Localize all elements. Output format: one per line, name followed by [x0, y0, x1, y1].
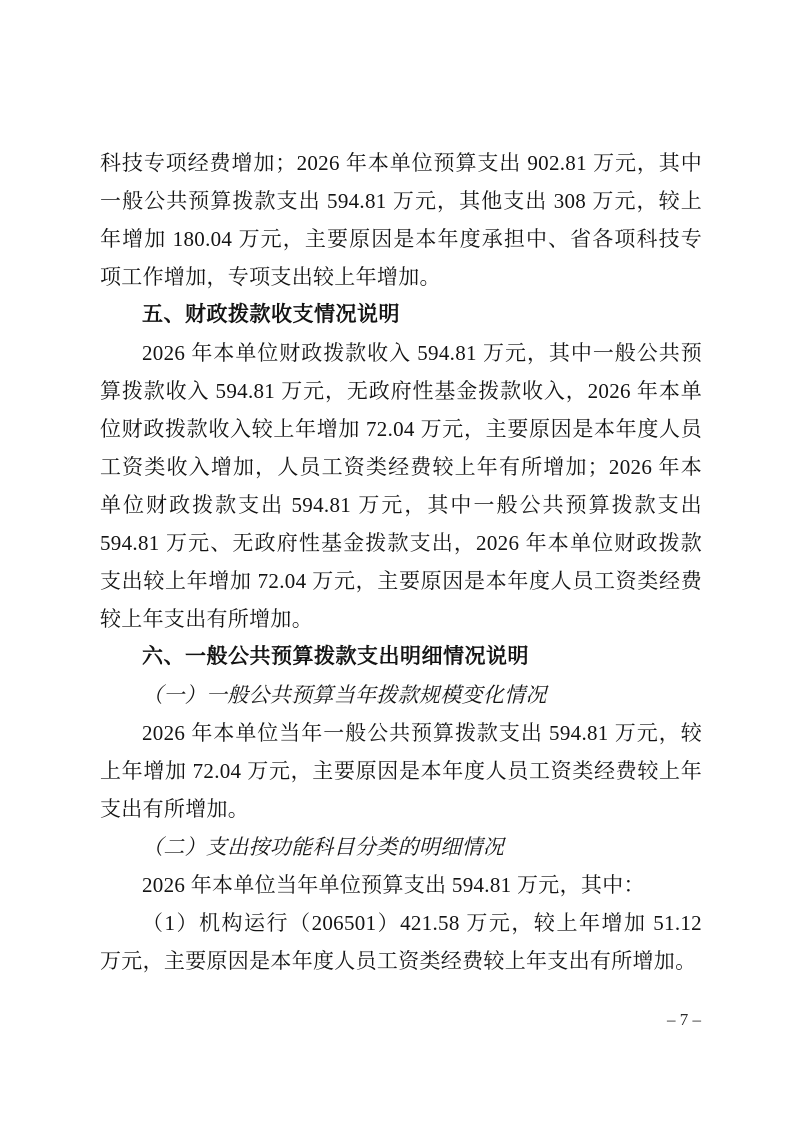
subsection-heading-1-scale-change: （一）一般公共预算当年拨款规模变化情况	[100, 676, 702, 714]
paragraph-fiscal-appropriation-detail: 2026 年本单位财政拨款收入 594.81 万元，其中一般公共预算拨款收入 5…	[100, 334, 702, 638]
document-body: 科技专项经费增加；2026 年本单位预算支出 902.81 万元，其中一般公共预…	[100, 144, 702, 980]
paragraph-item-1-agency-operation: （1）机构运行（206501）421.58 万元，较上年增加 51.12 万元，…	[100, 904, 702, 980]
paragraph-scale-change-detail: 2026 年本单位当年一般公共预算拨款支出 594.81 万元，较上年增加 72…	[100, 714, 702, 828]
section-heading-6-public-budget-detail: 六、一般公共预算拨款支出明细情况说明	[100, 638, 702, 676]
document-page: 科技专项经费增加；2026 年本单位预算支出 902.81 万元，其中一般公共预…	[0, 0, 793, 1122]
paragraph-functional-classification-intro: 2026 年本单位当年单位预算支出 594.81 万元，其中：	[100, 866, 702, 904]
section-heading-5-fiscal-appropriation: 五、财政拨款收支情况说明	[100, 296, 702, 334]
page-number: – 7 –	[667, 1008, 701, 1032]
subsection-heading-2-functional-classification: （二）支出按功能科目分类的明细情况	[100, 828, 702, 866]
paragraph-budget-expenditure-continued: 科技专项经费增加；2026 年本单位预算支出 902.81 万元，其中一般公共预…	[100, 144, 702, 296]
